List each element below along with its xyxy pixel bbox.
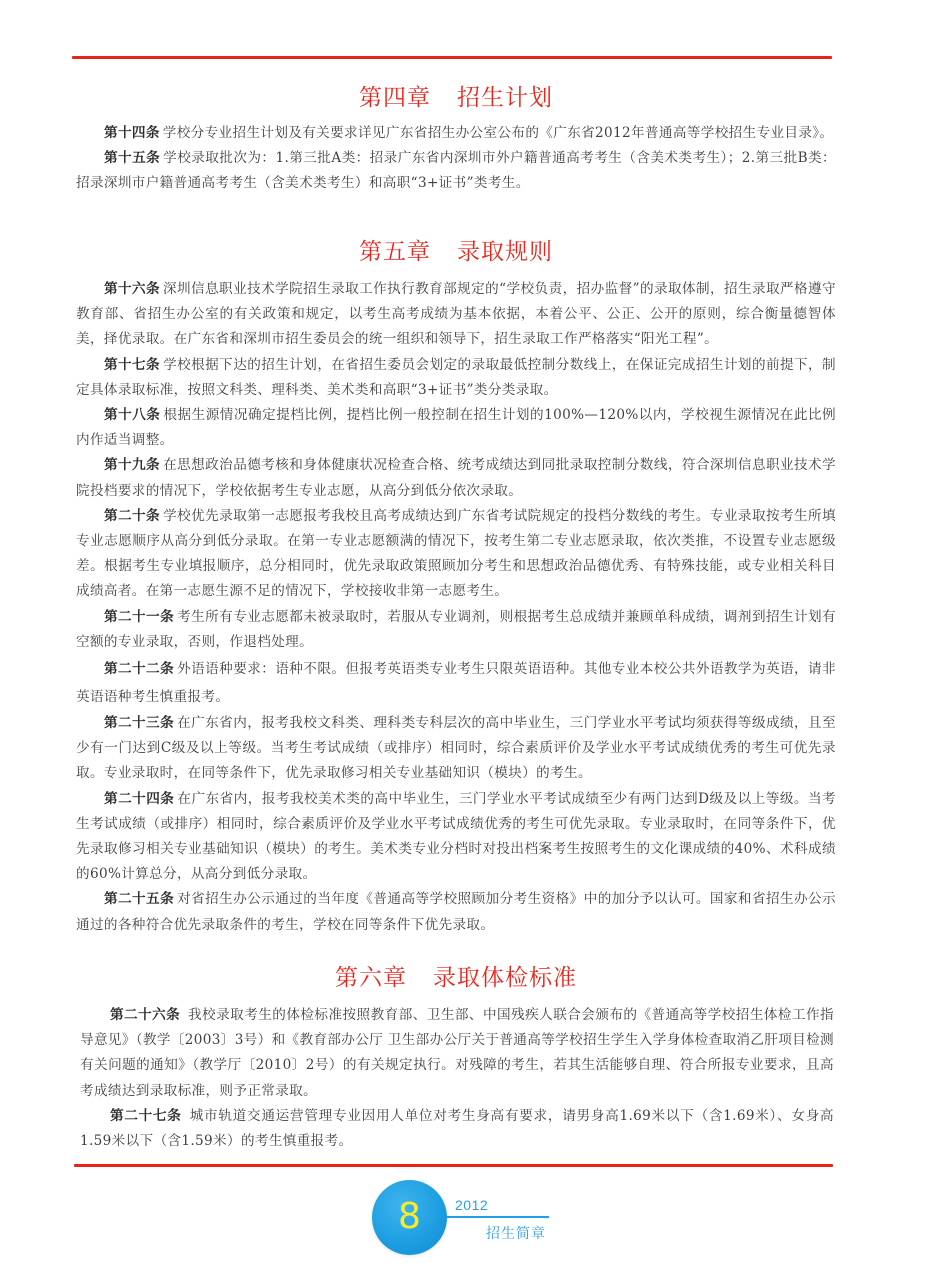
- chapter-5-articles: 第十六条深圳信息职业技术学院招生录取工作执行教育部规定的“学校负责，招办监督”的…: [76, 277, 836, 938]
- article-label: 第十六条: [104, 281, 160, 297]
- article-text: 在广东省内，报考我校文科类、理科类专科层次的高中毕业生，三门学业水平考试均须获得…: [76, 715, 836, 781]
- article-label: 第二十二条: [104, 661, 174, 677]
- chapter-6-heading: 第六章录取体检标准: [0, 964, 912, 992]
- chapter-5-heading: 第五章录取规则: [0, 238, 912, 266]
- article-label: 第二十一条: [104, 609, 174, 625]
- article-text: 学校优先录取第一志愿报考我校且高考成绩达到广东省考试院规定的投档分数线的考生。专…: [76, 508, 836, 600]
- article-text: 城市轨道交通运营管理专业因用人单位对考生身高有要求，请男身高1.69米以下（含1…: [80, 1108, 834, 1149]
- article-text: 对省招生办公示通过的当年度《普通高等学校照顾加分考生资格》中的加分予以认可。国家…: [76, 891, 836, 932]
- bottom-divider-rule: [74, 1164, 833, 1167]
- article-18: 第十八条根据生源情况确定提档比例，提档比例一般控制在招生计划的100%—120%…: [76, 403, 836, 453]
- article-text: 在思想政治品德考核和身体健康状况检查合格、统考成绩达到同批录取控制分数线，符合深…: [76, 457, 836, 498]
- article-16: 第十六条深圳信息职业技术学院招生录取工作执行教育部规定的“学校负责，招办监督”的…: [76, 277, 836, 353]
- article-20: 第二十条学校优先录取第一志愿报考我校且高考成绩达到广东省考试院规定的投档分数线的…: [76, 504, 836, 605]
- footer-divider-line: [446, 1216, 549, 1218]
- article-text: 学校录取批次为：1.第三批A类：招录广东省内深圳市外户籍普通高考考生（含美术类考…: [76, 150, 836, 191]
- chapter-number: 第六章: [335, 965, 407, 991]
- chapter-6-articles: 第二十六条 我校录取考生的体检标准按照教育部、卫生部、中国残疾人联合会颁布的《普…: [80, 1003, 834, 1154]
- article-21: 第二十一条考生所有专业志愿都未被录取时，若服从专业调剂，则根据考生总成绩并兼顾单…: [76, 605, 836, 655]
- article-text: 考生所有专业志愿都未被录取时，若服从专业调剂，则根据考生总成绩并兼顾单科成绩，调…: [76, 609, 836, 650]
- article-text: 深圳信息职业技术学院招生录取工作执行教育部规定的“学校负责，招办监督”的录取体制…: [76, 281, 836, 347]
- article-label: 第二十七条: [110, 1108, 182, 1124]
- page-number: 8: [398, 1199, 421, 1235]
- top-divider-rule: [72, 56, 832, 59]
- article-text: 学校分专业招生计划及有关要求详见广东省招生办公室公布的《广东省2012年普通高等…: [163, 125, 834, 141]
- page-number-badge: 8: [372, 1180, 447, 1255]
- article-15: 第十五条学校录取批次为：1.第三批A类：招录广东省内深圳市外户籍普通高考考生（含…: [76, 146, 836, 196]
- article-14: 第十四条学校分专业招生计划及有关要求详见广东省招生办公室公布的《广东省2012年…: [76, 121, 836, 146]
- article-22: 第二十二条外语语种要求：语种不限。但报考英语类专业考生只限英语语种。其他专业本校…: [76, 655, 836, 711]
- article-25: 第二十五条对省招生办公示通过的当年度《普通高等学校照顾加分考生资格》中的加分予以…: [76, 887, 836, 937]
- chapter-title: 录取体检标准: [433, 965, 577, 991]
- article-label: 第十五条: [104, 150, 160, 166]
- article-label: 第十七条: [104, 357, 160, 373]
- article-23: 第二十三条在广东省内，报考我校文科类、理科类专科层次的高中毕业生，三门学业水平考…: [76, 711, 836, 787]
- chapter-number: 第四章: [359, 85, 431, 111]
- article-label: 第二十条: [104, 508, 160, 524]
- article-19: 第十九条在思想政治品德考核和身体健康状况检查合格、统考成绩达到同批录取控制分数线…: [76, 453, 836, 503]
- chapter-number: 第五章: [359, 239, 431, 265]
- chapter-title: 录取规则: [457, 239, 553, 265]
- chapter-title: 招生计划: [457, 85, 553, 111]
- article-text: 根据生源情况确定提档比例，提档比例一般控制在招生计划的100%—120%以内，学…: [76, 407, 836, 448]
- article-text: 学校根据下达的招生计划，在省招生委员会划定的录取最低控制分数线上，在保证完成招生…: [76, 357, 836, 398]
- article-text: 在广东省内，报考我校美术类的高中毕业生，三门学业水平考试成绩至少有两门达到D级及…: [76, 791, 836, 883]
- article-text: 外语语种要求：语种不限。但报考英语类专业考生只限英语语种。其他专业本校公共外语教…: [76, 661, 836, 705]
- chapter-4-articles: 第十四条学校分专业招生计划及有关要求详见广东省招生办公室公布的《广东省2012年…: [76, 121, 836, 197]
- article-26: 第二十六条 我校录取考生的体检标准按照教育部、卫生部、中国残疾人联合会颁布的《普…: [80, 1003, 834, 1104]
- chapter-4-heading: 第四章招生计划: [0, 84, 912, 112]
- article-label: 第二十三条: [104, 715, 174, 731]
- article-27: 第二十七条 城市轨道交通运营管理专业因用人单位对考生身高有要求，请男身高1.69…: [80, 1104, 834, 1154]
- article-24: 第二十四条在广东省内，报考我校美术类的高中毕业生，三门学业水平考试成绩至少有两门…: [76, 787, 836, 888]
- article-label: 第十八条: [104, 407, 160, 423]
- article-label: 第二十四条: [104, 791, 174, 807]
- article-label: 第十九条: [104, 457, 160, 473]
- article-17: 第十七条学校根据下达的招生计划，在省招生委员会划定的录取最低控制分数线上，在保证…: [76, 353, 836, 403]
- article-label: 第十四条: [104, 125, 160, 141]
- footer-subtitle: 招生简章: [486, 1223, 546, 1243]
- article-label: 第二十六条: [110, 1007, 180, 1023]
- article-label: 第二十五条: [104, 891, 174, 907]
- article-text: 我校录取考生的体检标准按照教育部、卫生部、中国残疾人联合会颁布的《普通高等学校招…: [80, 1007, 834, 1099]
- footer-year: 2012: [455, 1197, 488, 1213]
